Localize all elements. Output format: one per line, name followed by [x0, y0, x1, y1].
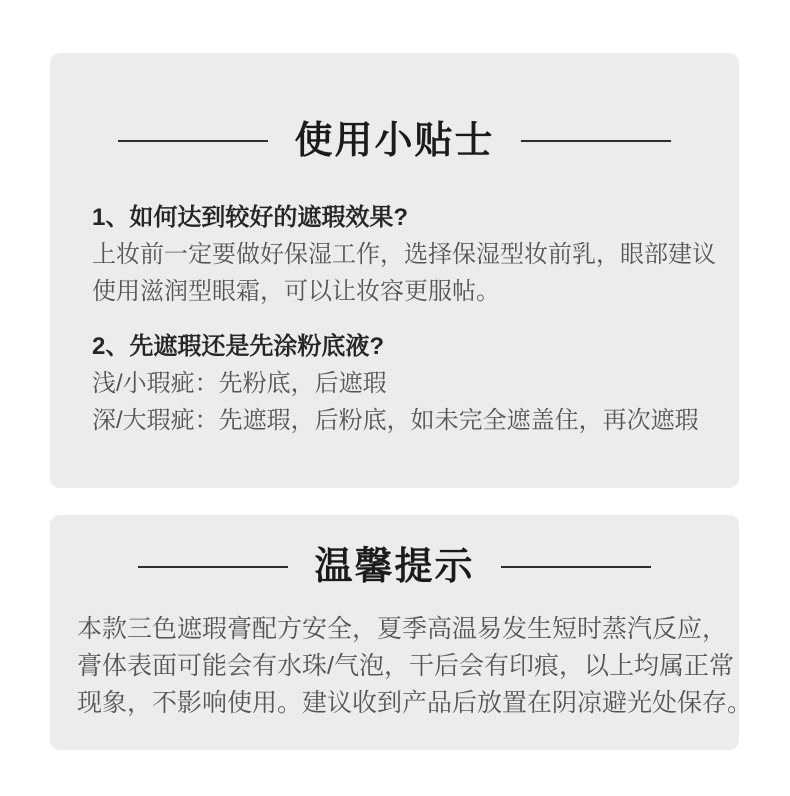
tip-item-2: 2、先遮瑕还是先涂粉底液? 浅/小瑕疵：先粉底，后遮瑕 深/大瑕疵：先遮瑕，后粉… — [92, 328, 709, 439]
notice-line-3: 现象，不影响使用。建议收到产品后放置在阴凉避光处保存。 — [77, 685, 715, 722]
notice-section-title: 温馨提示 — [314, 545, 474, 589]
notice-title-right-rule — [501, 566, 651, 568]
tips-title-row: 使用小贴士 — [50, 119, 739, 163]
tips-content: 1、如何达到较好的遮瑕效果? 上妆前一定要做好保湿工作，选择保湿型妆前乳，眼部建… — [92, 199, 709, 439]
notice-line-2: 膏体表面可能会有水珠/气泡，干后会有印痕，以上均属正常 — [77, 648, 715, 685]
tip-2-heading: 2、先遮瑕还是先涂粉底液? — [92, 328, 709, 365]
tip-1-line-1: 上妆前一定要做好保湿工作，选择保湿型妆前乳，眼部建议 — [92, 236, 709, 273]
tips-title-right-rule — [521, 140, 671, 142]
usage-tips-panel: 使用小贴士 1、如何达到较好的遮瑕效果? 上妆前一定要做好保湿工作，选择保湿型妆… — [50, 53, 739, 488]
notice-body: 本款三色遮瑕膏配方安全，夏季高温易发生短时蒸汽反应， 膏体表面可能会有水珠/气泡… — [77, 611, 715, 722]
notice-title-row: 温馨提示 — [50, 545, 739, 589]
tip-2-line-2: 深/大瑕疵：先遮瑕，后粉底，如未完全遮盖住，再次遮瑕 — [92, 402, 709, 439]
tip-1-heading: 1、如何达到较好的遮瑕效果? — [92, 199, 709, 236]
warm-notice-panel: 温馨提示 本款三色遮瑕膏配方安全，夏季高温易发生短时蒸汽反应， 膏体表面可能会有… — [50, 515, 739, 750]
tip-item-1: 1、如何达到较好的遮瑕效果? 上妆前一定要做好保湿工作，选择保湿型妆前乳，眼部建… — [92, 199, 709, 310]
product-info-page: 使用小贴士 1、如何达到较好的遮瑕效果? 上妆前一定要做好保湿工作，选择保湿型妆… — [0, 0, 790, 796]
tips-title-left-rule — [118, 140, 268, 142]
notice-title-left-rule — [138, 566, 288, 568]
notice-line-1: 本款三色遮瑕膏配方安全，夏季高温易发生短时蒸汽反应， — [77, 611, 715, 648]
tip-2-line-1: 浅/小瑕疵：先粉底，后遮瑕 — [92, 365, 709, 402]
tip-1-line-2: 使用滋润型眼霜，可以让妆容更服帖。 — [92, 273, 709, 310]
tips-section-title: 使用小贴士 — [294, 119, 494, 163]
